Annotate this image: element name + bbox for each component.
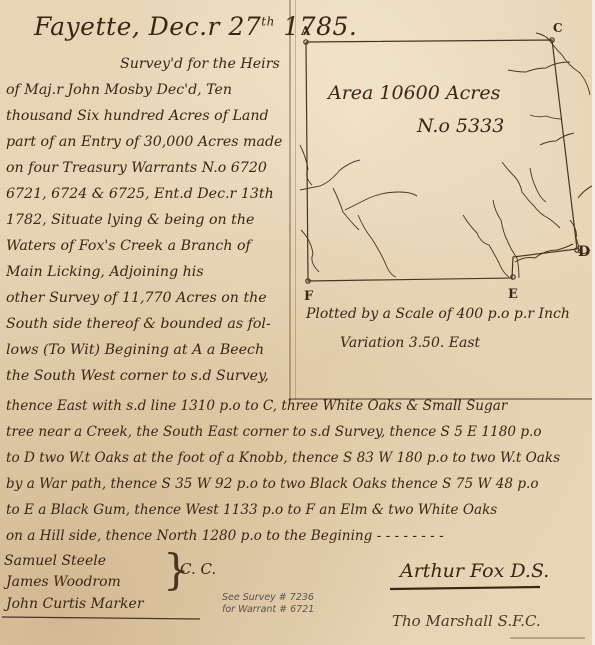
plat-boundary (306, 40, 577, 281)
chain-carrier-name: James Woodrom (6, 574, 121, 590)
body-line: thousand Six hundred Acres of Land (6, 108, 269, 124)
body-line: part of an Entry of 30,000 Acres made (6, 134, 282, 150)
surveyor-signature: Arthur Fox D.S. (400, 560, 549, 582)
body-line: 1782, Situate lying & being on the (6, 212, 254, 228)
chain-carrier-role: C. C. (180, 560, 216, 578)
principal-signature: Tho Marshall S.F.C. (392, 612, 541, 630)
heading-date-sup: th (261, 15, 275, 29)
plat-scale-note: Plotted by a Scale of 400 p.o p.r Inch (306, 306, 570, 322)
pencil-note-line-2: for Warrant # 6721 (222, 604, 314, 616)
body-line-full: by a War path, thence S 35 W 92 p.o to t… (6, 476, 539, 492)
body-line: Waters of Fox's Creek a Branch of (6, 238, 251, 254)
heading-place: Fayette, (34, 12, 140, 41)
chain-carrier-name: Samuel Steele (4, 553, 106, 569)
body-line: 6721, 6724 & 6725, Ent.d Dec.r 13th (6, 186, 274, 202)
corner-label-f: F (304, 289, 314, 304)
body-line: Survey'd for the Heirs (120, 56, 280, 72)
body-line-full: on a Hill side, thence North 1280 p.o to… (6, 528, 444, 544)
corner-label-d: D (578, 244, 590, 260)
body-line: the South West corner to s.d Survey, (6, 368, 269, 384)
body-line: South side thereof & bounded as fol- (6, 316, 271, 332)
body-line: of Maj.r John Mosby Dec'd, Ten (6, 82, 232, 98)
heading-year: 1785. (283, 12, 357, 41)
plat-variation-note: Variation 3.50. East (340, 335, 480, 351)
corner-label-c: C (553, 21, 563, 35)
body-line-full: to E a Black Gum, thence West 1133 p.o t… (6, 502, 497, 518)
plat-area-label: Area 10600 Acres (328, 82, 500, 104)
body-line-full: thence East with s.d line 1310 p.o to C,… (6, 398, 507, 414)
body-line: on four Treasury Warrants N.o 6720 (6, 160, 267, 176)
document-heading: Fayette, Dec.r 27th 1785. (34, 12, 357, 41)
chain-carrier-name: John Curtis Marker (6, 596, 144, 612)
pencil-note-line-1: See Survey # 7236 (222, 592, 314, 604)
corner-label-e: E (508, 287, 518, 302)
body-line-full: to D two W.t Oaks at the foot of a Knobb… (6, 450, 560, 466)
pencil-archival-note: See Survey # 7236 for Warrant # 6721 (222, 592, 314, 616)
plat-number-label: N.o 5333 (417, 115, 504, 137)
body-line: other Survey of 11,770 Acres on the (6, 290, 267, 306)
body-line-full: tree near a Creek, the South East corner… (6, 424, 542, 440)
body-line: lows (To Wit) Begining at A a Beech (6, 342, 264, 358)
heading-date: Dec.r 27 (149, 12, 262, 41)
body-line: Main Licking, Adjoining his (6, 264, 204, 280)
